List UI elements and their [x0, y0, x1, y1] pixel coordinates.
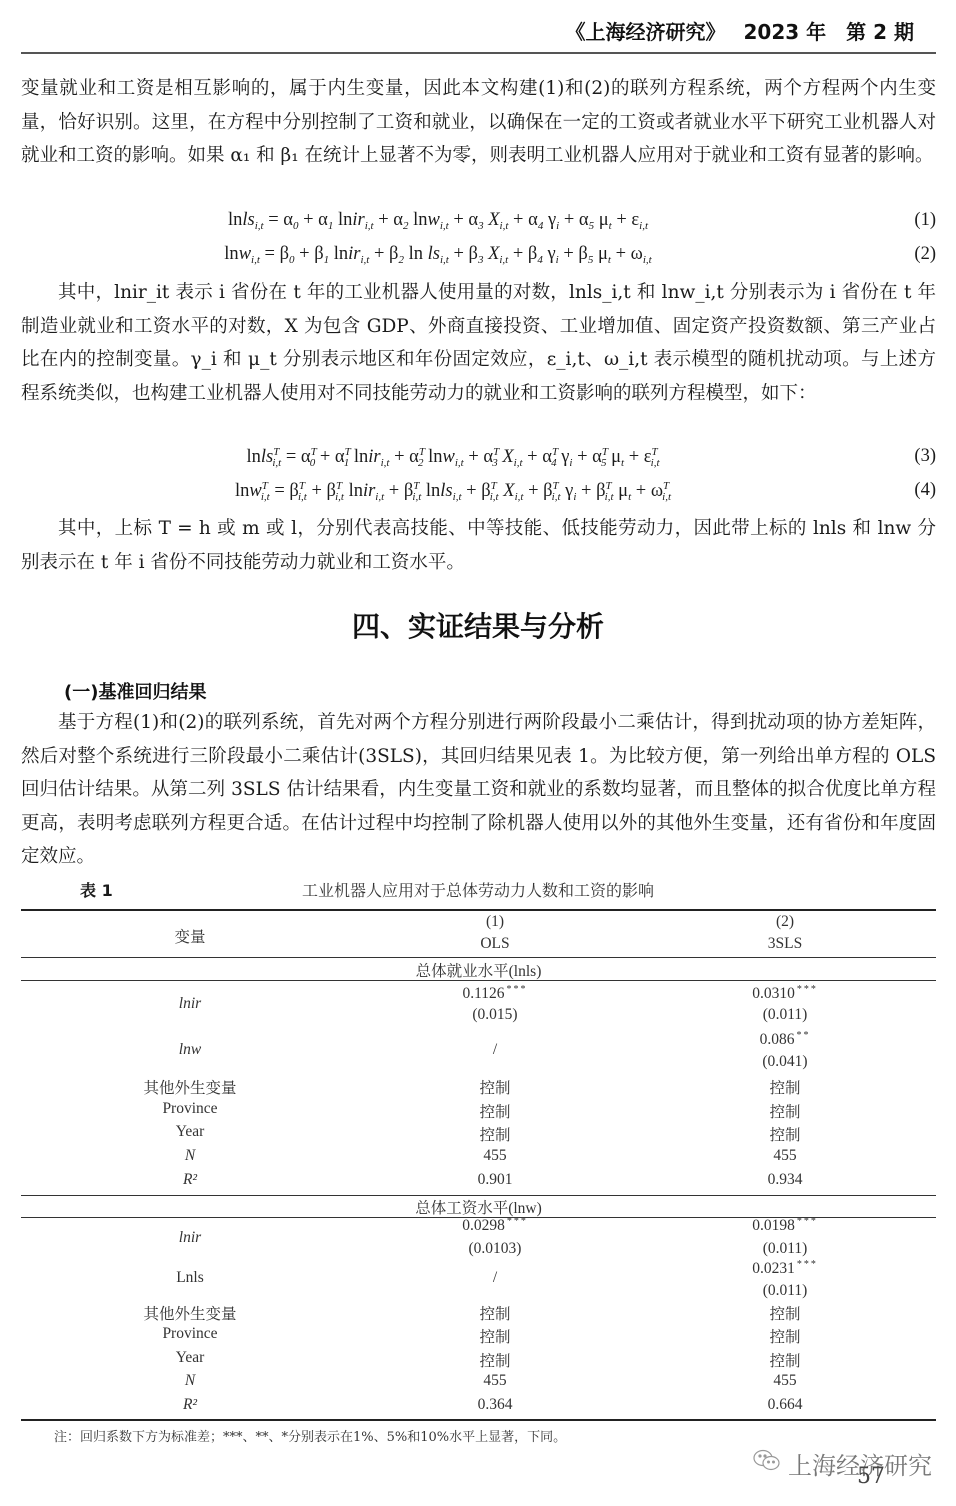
row-variable: N — [80, 1372, 300, 1390]
page-number: 57 — [857, 1464, 885, 1489]
wechat-icon — [752, 1448, 782, 1480]
equation-3: lnlsTi,t = αT0 + αT1 lniri,t + αT2 lnwi,… — [0, 446, 936, 476]
standard-error: (0.015) — [380, 1006, 610, 1024]
cell-value: 控制 — [670, 1076, 900, 1098]
row-variable: 其他外生变量 — [80, 1076, 300, 1098]
row-variable: lnir — [80, 995, 300, 1013]
journal-year: 2023 年 — [744, 20, 827, 44]
row-variable: Lnls — [80, 1269, 300, 1287]
panel-title: 总体就业水平(lnls) — [21, 959, 936, 981]
row-variable: Year — [80, 1349, 300, 1367]
cell-value: 控制 — [380, 1349, 610, 1371]
table-bottom-rule — [21, 1419, 936, 1421]
journal-header: 《上海经济研究》2023 年第 2 期 — [566, 16, 914, 45]
cell-value: 控制 — [670, 1123, 900, 1145]
header-divider — [21, 52, 936, 54]
paragraph-baseline-results: 基于方程(1)和(2)的联列系统，首先对两个方程分别进行两阶段最小二乘估计，得到… — [21, 706, 936, 874]
equation-number: (3) — [914, 446, 936, 467]
standard-error: (0.011) — [670, 1006, 900, 1024]
paragraph-definitions: 其中，lnir_it 表示 i 省份在 t 年的工业机器人使用量的对数，lnls… — [21, 276, 936, 410]
header-col1-number: (1) — [380, 913, 610, 931]
significance-stars: *** — [507, 984, 528, 995]
header-col2-name: 3SLS — [670, 935, 900, 953]
coefficient: 0.0310 — [752, 985, 795, 1002]
wechat-watermark: 上海经济研究 — [752, 1446, 932, 1481]
cell-value: 0.934 — [670, 1171, 900, 1189]
cell-value: 控制 — [380, 1100, 610, 1122]
cell-value: 455 — [670, 1372, 900, 1390]
header-variable: 变量 — [80, 925, 300, 947]
row-variable: N — [80, 1147, 300, 1165]
row-variable: Province — [80, 1325, 300, 1343]
cell-value: 控制 — [670, 1302, 900, 1324]
header-col2-number: (2) — [670, 913, 900, 931]
paragraph-superscript-explanation: 其中，上标 T = h 或 m 或 l，分别代表高技能、中等技能、低技能劳动力，… — [21, 512, 936, 579]
header-col1-name: OLS — [380, 935, 610, 953]
row-variable: Province — [80, 1100, 300, 1118]
significance-stars: ** — [796, 1030, 810, 1041]
cell-value: 0.901 — [380, 1171, 610, 1189]
table-title: 工业机器人应用对于总体劳动力人数和工资的影响 — [0, 878, 956, 901]
row-variable: lnir — [80, 1229, 300, 1247]
equation-number: (1) — [914, 210, 936, 231]
table-top-rule — [21, 909, 936, 911]
standard-error: (0.011) — [670, 1240, 900, 1258]
row-variable: R² — [80, 1396, 300, 1414]
cell-value: 0.664 — [670, 1396, 900, 1414]
significance-stars: *** — [797, 1259, 818, 1270]
cell-value: 控制 — [670, 1325, 900, 1347]
equation-2: lnwi,t = β0 + β1 lniri,t + β2 ln lsi,t +… — [0, 244, 936, 274]
journal-name: 《上海经济研究》 — [566, 20, 726, 44]
significance-stars: *** — [797, 984, 818, 995]
standard-error: (0.041) — [670, 1053, 900, 1071]
standard-error: (0.0103) — [380, 1240, 610, 1258]
section-title: 四、实证结果与分析 — [0, 605, 956, 645]
row-variable: lnw — [80, 1041, 300, 1059]
cell-value: 控制 — [380, 1076, 610, 1098]
row-variable: Year — [80, 1123, 300, 1141]
cell-value: 控制 — [380, 1325, 610, 1347]
paragraph-intro: 变量就业和工资是相互影响的，属于内生变量，因此本文构建(1)和(2)的联列方程系… — [21, 72, 936, 173]
cell-value: 控制 — [670, 1100, 900, 1122]
coefficient: 0.086 — [760, 1031, 795, 1048]
panel-title: 总体工资水平(lnw) — [21, 1196, 936, 1218]
table-note: 注：回归系数下方为标准差；***、**、*分别表示在1%、5%和10%水平上显著… — [54, 1426, 566, 1445]
coefficient: / — [380, 1041, 610, 1059]
equation-number: (2) — [914, 244, 936, 265]
coefficient: 0.0298 — [462, 1217, 505, 1234]
row-variable: 其他外生变量 — [80, 1302, 300, 1324]
equation-number: (4) — [914, 480, 936, 501]
standard-error: (0.011) — [670, 1282, 900, 1300]
cell-value: 455 — [380, 1372, 610, 1390]
equation-1: lnlsi,t = α0 + α1 lniri,t + α2 lnwi,t + … — [0, 210, 936, 240]
coefficient: / — [380, 1269, 610, 1287]
coefficient: 0.0198 — [752, 1217, 795, 1234]
cell-value: 控制 — [380, 1302, 610, 1324]
equation-4: lnwTi,t = βTi,t + βTi,t lniri,t + βTi,t … — [0, 480, 936, 510]
row-variable: R² — [80, 1171, 300, 1189]
cell-value: 0.364 — [380, 1396, 610, 1414]
subsection-title: (一)基准回归结果 — [64, 678, 206, 704]
significance-stars: *** — [507, 1216, 528, 1227]
table-header-rule — [21, 957, 936, 958]
cell-value: 控制 — [380, 1123, 610, 1145]
coefficient: 0.0231 — [752, 1260, 795, 1277]
coefficient: 0.1126 — [462, 985, 504, 1002]
significance-stars: *** — [797, 1216, 818, 1227]
cell-value: 455 — [380, 1147, 610, 1165]
journal-issue: 第 2 期 — [846, 20, 914, 44]
cell-value: 455 — [670, 1147, 900, 1165]
cell-value: 控制 — [670, 1349, 900, 1371]
